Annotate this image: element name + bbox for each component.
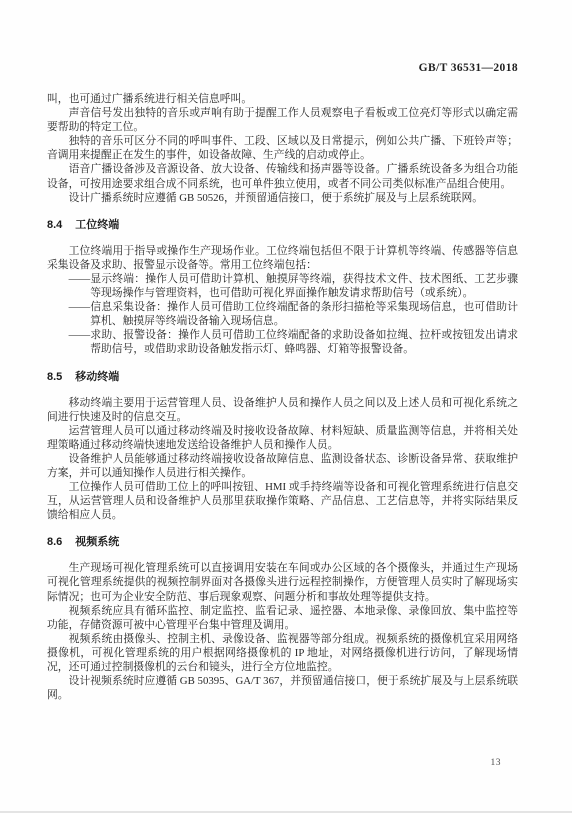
- body-paragraph: 设计视频系统时应遵循 GB 50395、GA/T 367，并预留通信接口，便于系…: [47, 674, 518, 702]
- section-title: 视频系统: [75, 536, 119, 548]
- page-number: 13: [491, 758, 502, 768]
- body-paragraph: 工位终端用于指导或操作生产现场作业。工位终端包括但不限于计算机等终端、传感器等信…: [47, 244, 518, 272]
- document-header: GB/T 36531—2018: [0, 0, 572, 75]
- body-paragraph: 视频系统应具有循环监控、制定监控、监看记录、遥控器、本地录像、录像回放、集中监控…: [47, 604, 518, 632]
- body-paragraph: 视频系统由摄像头、控制主机、录像设备、监视器等部分组成。视频系统的摄像机宜采用网…: [47, 632, 518, 674]
- body-paragraph: 工位操作人员可借助工位上的呼叫按钮、HMI 或手持终端等设备和可视化管理系统进行…: [47, 480, 518, 522]
- list-item: ——求助、报警设备：操作人员可借助工位终端配备的求助设备如拉绳、拉杆或按钮发出请…: [47, 328, 518, 356]
- section-number: 8.6: [47, 536, 62, 548]
- body-paragraph-continuation: 叫，也可通过广播系统进行相关信息呼叫。: [47, 92, 518, 106]
- body-paragraph: 生产现场可视化管理系统可以直接调用安装在车间或办公区域的各个摄像头，并通过生产现…: [47, 561, 518, 603]
- document-page: GB/T 36531—2018 叫，也可通过广播系统进行相关信息呼叫。 声音信号…: [0, 0, 572, 813]
- body-paragraph: 设计广播系统时应遵循 GB 50526，并预留通信接口，便于系统扩展及与上层系统…: [47, 191, 518, 205]
- section-number: 8.5: [47, 371, 62, 383]
- body-paragraph: 设备维护人员能够通过移动终端接收设备故障信息、监测设备状态、诊断设备异常、获取维…: [47, 452, 518, 480]
- section-title: 移动终端: [75, 371, 119, 383]
- section-heading-8-6: 8.6 视频系统: [47, 535, 518, 549]
- standard-number: GB/T 36531—2018: [419, 62, 518, 74]
- body-paragraph: 运营管理人员可以通过移动终端及时接收设备故障、材料短缺、质量监测等信息，并将相关…: [47, 424, 518, 452]
- page-content: 叫，也可通过广播系统进行相关信息呼叫。 声音信号发出独特的音乐或声响有助于提醒工…: [47, 92, 518, 702]
- section-heading-8-4: 8.4 工位终端: [47, 218, 518, 232]
- body-paragraph: 语音广播设备涉及音源设备、放大设备、传输线和扬声器等设备。广播系统设备多为组合功…: [47, 162, 518, 190]
- body-paragraph: 独特的音乐可区分不同的呼叫事件、工段、区域以及日常提示，例如公共广播、下班铃声等…: [47, 134, 518, 162]
- section-number: 8.4: [47, 219, 62, 231]
- list-item: ——显示终端：操作人员可借助计算机、触摸屏等终端，获得技术文件、技术图纸、工艺步…: [47, 272, 518, 300]
- body-paragraph: 声音信号发出独特的音乐或声响有助于提醒工作人员观察电子看板或工位亮灯等形式以确定…: [47, 106, 518, 134]
- section-title: 工位终端: [75, 219, 119, 231]
- body-paragraph: 移动终端主要用于运营管理人员、设备维护人员和操作人员之间以及上述人员和可视化系统…: [47, 396, 518, 424]
- section-heading-8-5: 8.5 移动终端: [47, 370, 518, 384]
- list-item: ——信息采集设备：操作人员可借助工位终端配备的条形扫描枪等采集现场信息，也可借助…: [47, 300, 518, 328]
